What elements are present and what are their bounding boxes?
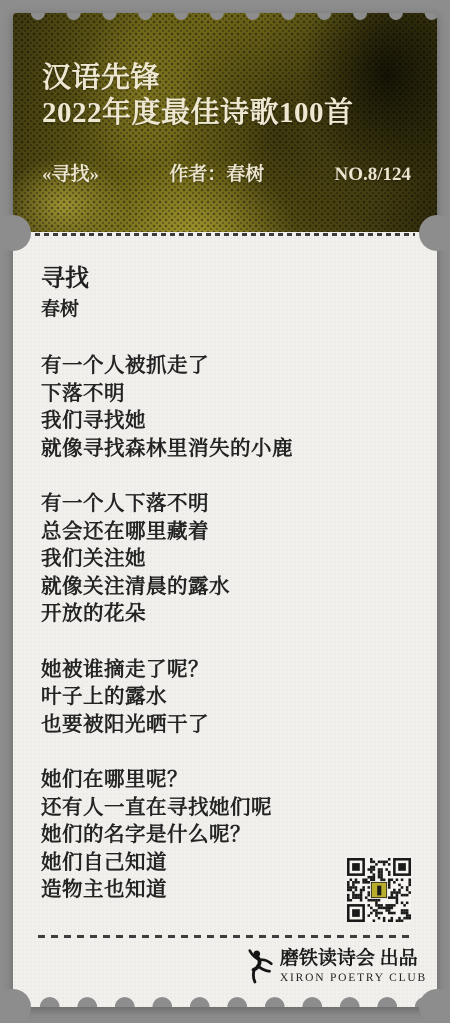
poem-line: 她们的名字是什么呢？ xyxy=(41,822,413,850)
poem-line: 我们寻找她 xyxy=(41,408,413,436)
publisher-name-en: XIRON POETRY CLUB xyxy=(280,971,427,985)
series-title-line2: 2022年度最佳诗歌100首 xyxy=(13,96,437,131)
poem-line: 有一个人被抓走了 xyxy=(41,353,413,381)
poem-stanza-1: 有一个人被抓走了 下落不明 我们寻找她 就像寻找森林里消失的小鹿 xyxy=(41,353,413,463)
poem-stanza-3: 她被谁摘走了呢？ 叶子上的露水 也要被阳光晒干了 xyxy=(41,657,413,740)
ticket-notch-bottom-right xyxy=(419,989,450,1023)
poem-line: 她被谁摘走了呢？ xyxy=(41,657,413,685)
poem-line: 开放的花朵 xyxy=(41,601,413,629)
page-background: 汉语先锋 2022年度最佳诗歌100首 «寻找» 作者：春树 NO.8/124 … xyxy=(0,0,450,1023)
poem-line: 就像寻找森林里消失的小鹿 xyxy=(41,436,413,464)
perforation-divider-line xyxy=(35,233,415,236)
leaping-figure-logo-icon xyxy=(246,949,276,985)
poem-line: 有一个人下落不明 xyxy=(41,491,413,519)
ticket-notch-bottom-left xyxy=(0,989,31,1023)
poem-line: 我们关注她 xyxy=(41,546,413,574)
series-title-line1: 汉语先锋 xyxy=(13,13,437,96)
perforation-top-edge xyxy=(13,13,437,21)
poem-line: 下落不明 xyxy=(41,381,413,409)
ticket-body: 寻找 春树 有一个人被抓走了 下落不明 我们寻找她 就像寻找森林里消失的小鹿 有… xyxy=(13,232,437,1007)
ticket-footer: 磨铁读诗会 出品 XIRON POETRY CLUB xyxy=(13,935,437,985)
ticket-header: 汉语先锋 2022年度最佳诗歌100首 «寻找» 作者：春树 NO.8/124 xyxy=(13,13,437,232)
footer-divider-line xyxy=(38,935,412,938)
publisher-name-cn: 磨铁读诗会 出品 xyxy=(280,948,427,970)
ticket-notch-right xyxy=(419,215,450,251)
poem-stanza-2: 有一个人下落不明 总会还在哪里藏着 我们关注她 就像关注清晨的露水 开放的花朵 xyxy=(41,491,413,629)
poem-ref-quoted: «寻找» xyxy=(42,159,99,186)
poetry-ticket-card: 汉语先锋 2022年度最佳诗歌100首 «寻找» 作者：春树 NO.8/124 … xyxy=(13,13,437,1007)
poem-line: 她们在哪里呢？ xyxy=(41,767,413,795)
poem-line: 叶子上的露水 xyxy=(41,684,413,712)
poem-author: 春树 xyxy=(41,297,413,323)
poem-line: 总会还在哪里藏着 xyxy=(41,519,413,547)
issue-number: NO.8/124 xyxy=(334,164,411,186)
author-credit: 作者：春树 xyxy=(169,159,264,186)
perforation-bottom-edge xyxy=(13,996,437,1007)
poem-line: 还有人一直在寻找她们呢 xyxy=(41,795,413,823)
poem-title: 寻找 xyxy=(41,264,413,295)
poem-line: 也要被阳光晒干了 xyxy=(41,712,413,740)
qr-code xyxy=(347,858,411,922)
poem-line: 就像关注清晨的露水 xyxy=(41,574,413,602)
